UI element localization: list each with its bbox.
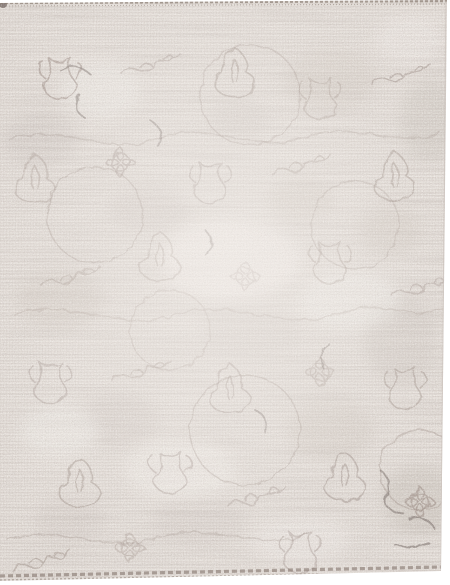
rug-photo-canvas — [0, 0, 450, 585]
rug-shape — [0, 0, 450, 585]
rug-photograph — [0, 0, 450, 585]
center-fade — [0, 0, 450, 585]
